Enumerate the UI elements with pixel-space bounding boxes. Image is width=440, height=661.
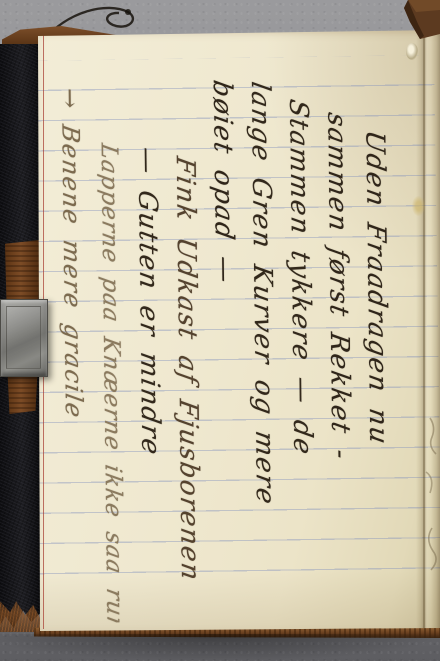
- metal-clasp: [0, 299, 48, 377]
- leather-strap-bottom: [7, 374, 38, 414]
- book-shadow: [0, 634, 440, 661]
- handwriting-line-3: Stammen tykkere — de: [279, 60, 324, 623]
- notebook-photo: Uden Fraadragen nu sammen først Rekket -…: [0, 0, 440, 661]
- page-stain: [412, 196, 425, 216]
- fold-ink-marks: [416, 410, 440, 600]
- handwriting-line-2: sammen først Rekket -: [317, 60, 362, 623]
- notebook-page: Uden Fraadragen nu sammen først Rekket -…: [32, 30, 440, 631]
- leather-strap-top: [5, 240, 40, 302]
- leather-corner: [396, 0, 440, 42]
- handwriting-line-7: — Gutten er mindre: [127, 62, 172, 623]
- handwriting-line-4: lange Gren Kurver og mere: [241, 61, 286, 623]
- handwriting-line-1: Uden Fraadragen nu: [355, 59, 400, 623]
- handwriting-line-5: bøiet opad —: [203, 61, 248, 623]
- page-nick: [406, 43, 418, 60]
- handwriting-block: Uden Fraadragen nu sammen først Rekket -…: [51, 59, 400, 623]
- handwriting-line-9: → Benene mere gracile: [51, 63, 96, 623]
- handwriting-line-6: Fink Udkast af Fjusborenen: [165, 62, 210, 623]
- handwriting-line-8: Lapperne paa Knæerne ikke saa rundt: [89, 63, 134, 623]
- clasp-plate: [6, 306, 41, 369]
